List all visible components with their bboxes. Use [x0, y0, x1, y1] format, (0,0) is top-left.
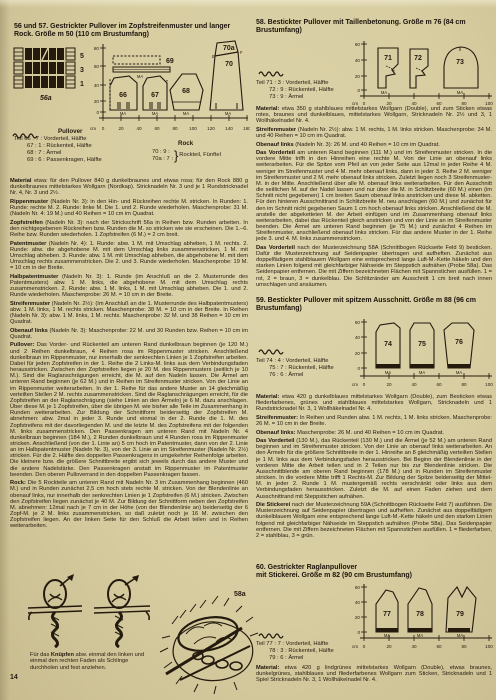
paragraph-text: Maschenprobe: 26 M. und 40 Reihen = 10 c…	[296, 430, 444, 436]
paragraph-text: etwa 350 g stahlblaues mittelstarkes Wol…	[256, 106, 492, 124]
page-number: 14	[10, 674, 18, 681]
paragraph-halbpatentmuster: Halbpatentmuster (Nadeln Nr. 3): 1. Rund…	[10, 274, 248, 299]
piece-75-back: 75 MA	[410, 323, 434, 375]
chart-row-label-5: 5	[80, 53, 84, 60]
svg-text:MA: MA	[225, 111, 231, 116]
svg-text:75: 75	[418, 341, 426, 348]
svg-text:74: 74	[384, 341, 392, 348]
paragraph-lead: Obenauf links	[256, 142, 294, 148]
rock-parts-group: 70 : 9 : 70a : 7 : } Rockteil, Fünftel	[152, 149, 221, 162]
paragraph-text: (Nadeln Nr. 4): 1. Runde: abw. 1 M. mit …	[10, 241, 248, 272]
y-tick: 20	[355, 351, 361, 356]
part-row: Teil 71 : 3 : Vorderteil, Hälfte	[256, 80, 334, 87]
svg-text:F: F	[240, 50, 243, 55]
part-row: Teil 74 : 4 : Vorderteil, Hälfte	[256, 358, 334, 365]
paragraph-text: etwa: für den Pullover 840 g dunkelbraun…	[10, 178, 248, 196]
paragraph-lead: Material:	[256, 394, 279, 400]
x-tick: 80	[461, 644, 467, 649]
paragraph-lead: Streifenmuster:	[256, 415, 298, 421]
piece-70-skirt-panel: 70a 70 E F MA	[210, 41, 243, 116]
piece-67-back: 67 MA	[143, 76, 167, 116]
svg-text:MA: MA	[417, 633, 423, 638]
parts-list-56-57: Pullover Teil 66 : 7 : Vorderteil, Hälft…	[10, 128, 250, 176]
piece-79-sleeve: 79 MA	[446, 587, 476, 638]
x-tick: 20	[386, 644, 392, 649]
paragraph-vorderteil: Das Vorderteil am unteren Rand beginnen …	[256, 150, 492, 242]
svg-text:MA: MA	[457, 90, 463, 95]
paragraph-obenauf-links: Obenauf links: Maschenprobe: 26 M. und 4…	[256, 430, 492, 436]
svg-text:MA: MA	[419, 370, 425, 375]
svg-text:MA: MA	[152, 111, 158, 116]
part-row: Teil 66 : 7 : Vorderteil, Hälfte	[14, 136, 102, 143]
paragraph-lead: Rippenmuster	[10, 199, 48, 205]
paragraph-material: Material etwa: für den Pullover 840 g du…	[10, 178, 248, 196]
piece-77-front: 77 MA	[376, 590, 398, 638]
paragraph-lead: Das Vorderteil	[256, 438, 294, 444]
part-row: 70 : 9 :	[152, 149, 173, 156]
parts-list-58: Teil 71 : 3 : Vorderteil, Hälfte 72 : 9 …	[256, 80, 334, 101]
pattern-diagram-59: 60 40 20 0 cm 0 20 40 60 80 100 74 MA 75…	[352, 316, 494, 388]
piece-72-back: 72	[410, 49, 428, 88]
paragraph-streifenmuster: Streifenmuster (Nadeln Nr. 2½): abw. 1 M…	[256, 127, 492, 139]
part-row: 69 : 6 : Passenkragen, Hälfte	[14, 157, 102, 164]
svg-text:78: 78	[416, 611, 424, 618]
yarn-squiggle-icon	[258, 70, 286, 78]
svg-text:72: 72	[414, 55, 422, 62]
section-60-instructions: Material: etwa 420 g lindgrünes mittelst…	[256, 665, 492, 686]
paragraph-text: Das Vorder- und Rückenteil am unteren Ra…	[10, 342, 248, 477]
paragraph-text: etwa 420 g lindgrünes mittelstarkes Woll…	[256, 665, 492, 683]
y-tick: 40	[355, 600, 361, 605]
axis-unit-label: cm	[352, 644, 358, 649]
svg-text:67: 67	[151, 92, 159, 99]
svg-text:MA: MA	[381, 90, 387, 95]
svg-text:77: 77	[383, 611, 391, 618]
x-tick: 40	[411, 382, 417, 387]
rock-part-name: Rockteil, Fünftel	[179, 152, 221, 159]
y-tick-60: 60	[94, 64, 100, 69]
part-row: 67 : 1 : Rückenteil, Hälfte	[14, 143, 102, 150]
piece-69-yoke-collar: 69 MA	[113, 56, 174, 79]
svg-text:MA: MA	[385, 370, 391, 375]
section-60-heading: 60. Gestrickter Raglanpullover mit Stick…	[256, 564, 486, 581]
paragraph-stickerei: Die Stickerei nach der Musterzeichnung 5…	[256, 502, 492, 539]
part-row: 76 : 6 : Ärmel	[256, 372, 334, 379]
axis-unit-label: cm	[352, 382, 358, 387]
svg-text:MA: MA	[457, 633, 463, 638]
svg-text:76: 76	[455, 339, 463, 346]
svg-text:MA: MA	[137, 74, 143, 79]
paragraph-lead: Rock:	[10, 480, 26, 486]
section-58-heading: 58. Bestickter Pullover mit Taillenbeton…	[256, 19, 490, 36]
paragraph-lead: Pullover:	[10, 342, 34, 348]
rock-parts-title: Rock	[178, 140, 193, 147]
paragraph-zopfstreifen: Zopfstreifen (Nadeln Nr. 3): nach der St…	[10, 220, 248, 238]
paragraph-streifenmuster: Streifenmuster (Nadeln Nr. 2½): (Im Ansc…	[10, 301, 248, 326]
svg-text:73: 73	[456, 59, 464, 66]
chart-caption: 56a	[40, 95, 52, 102]
paragraph-obenauf-links: Obenauf links (Nadeln Nr. 3): Maschenpro…	[10, 328, 248, 340]
paragraph-lead: Die Stickerei	[256, 502, 290, 508]
paragraph-text: am unteren Rand beginnen (111 M.) und im…	[256, 150, 492, 242]
pattern-diagram-56-57: 80 60 40 20 0 cm 0 20 40 60 80 100 120 1…	[88, 40, 250, 136]
section-59-heading: 59. Bestickter Pullover mit spitzem Auss…	[256, 297, 490, 314]
caption-bold: Knüpfen	[51, 652, 74, 658]
piece-74-front: 74 MA	[376, 323, 400, 375]
paragraph-lead: Streifenmuster	[256, 127, 296, 133]
knotting-illustration	[26, 572, 154, 648]
piece-78-back: 78 MA	[408, 588, 432, 638]
paragraph-text: (Nadeln Nr. 3): nach der Strickschrift 5…	[10, 220, 248, 238]
chart-row-label-3: 3	[80, 67, 84, 74]
paragraph-text: (130 M.), das Rückenteil (130 M.) und di…	[256, 438, 492, 499]
axis-ticks	[361, 587, 489, 641]
svg-text:MA: MA	[183, 111, 189, 116]
section-58-instructions: Material: etwa 350 g stahlblaues mittels…	[256, 106, 492, 290]
part-row: 70a : 7 :	[152, 156, 173, 163]
caption-text: Für das	[30, 652, 51, 658]
y-tick-0: 0	[96, 110, 99, 115]
knitting-chart-56a: 5 3 1 56a	[12, 46, 92, 104]
chart-row-middle	[14, 62, 75, 74]
svg-text:79: 79	[456, 611, 464, 618]
y-tick: 20	[355, 615, 361, 620]
piece-73-sleeve: 73 MA	[444, 47, 478, 95]
parts-list-59: Teil 74 : 4 : Vorderteil, Hälfte 75 : 7 …	[256, 358, 334, 379]
paragraph-obenauf-links: Obenauf links (Nadeln Nr. 3): 26 M. und …	[256, 142, 492, 148]
chart-row-bottom	[14, 76, 75, 88]
paragraph-patentmuster: Patentmuster (Nadeln Nr. 4): 1. Runde: a…	[10, 241, 248, 272]
piece-71-front: 71 MA	[378, 48, 398, 95]
paragraph-vorderteil: Das Vorderteil (130 M.), das Rückenteil …	[256, 438, 492, 500]
paragraph-lead: Obenauf links	[10, 328, 48, 334]
y-tick: 40	[355, 335, 361, 340]
heading-line: mit Stickerei. Größe m 82 (90 cm Brustum…	[256, 572, 486, 580]
left-column-instructions: Material etwa: für den Pullover 840 g du…	[10, 178, 248, 532]
paragraph-rock: Rock: Die 5 Rockteile am unteren Rand mi…	[10, 480, 248, 529]
part-row: 73 : 9 : Ärmel	[256, 94, 334, 101]
y-tick: 60	[355, 585, 361, 590]
paragraph-lead: Zopfstreifen	[10, 220, 43, 226]
brace-glyph: }	[174, 149, 178, 162]
part-row: Teil 77 : 7 : Vorderteil, Hälfte	[256, 641, 334, 648]
page-left-shadow	[0, 0, 10, 700]
svg-text:68: 68	[182, 88, 190, 95]
pullover-parts-title: Pullover	[58, 128, 82, 135]
paragraph-text: nach der Musterzeichnung 58A (Schnittbog…	[256, 245, 492, 288]
x-tick: 40	[411, 644, 417, 649]
paragraph-text: Die 5 Rockteile am unteren Rand mit Nade…	[10, 480, 248, 529]
section-59-instructions: Material: etwa 420 g dunkelblaues mittel…	[256, 394, 492, 541]
paragraph-text: etwa 420 g dunkelblaues mittelstarkes Wo…	[256, 394, 492, 412]
paragraph-lead: Halbpatentmuster	[10, 274, 58, 280]
paragraph-streifenmuster: Streifenmuster: In Reihen und Runden abw…	[256, 415, 492, 427]
piece-68-sleeve: 68 MA	[170, 74, 203, 116]
paragraph-text: (Nadeln Nr. 3): 26 M. und 40 Reihen = 10…	[294, 142, 440, 148]
paragraph-lead: Das Vorderteil	[256, 245, 295, 251]
x-tick: 80	[461, 382, 467, 387]
x-tick: 0	[363, 382, 366, 387]
x-tick: 60	[436, 644, 442, 649]
heading-line: 60. Gestrickter Raglanpullover	[256, 564, 486, 572]
svg-text:E: E	[212, 54, 215, 59]
part-row: 72 : 9 : Rückenteil, Hälfte	[256, 87, 334, 94]
paragraph-lead: Obenauf links:	[256, 430, 296, 436]
paragraph-lead: Patentmuster	[10, 241, 46, 247]
svg-text:66: 66	[119, 92, 127, 99]
paragraph-material: Material: etwa 420 g dunkelblaues mittel…	[256, 394, 492, 412]
y-tick: 20	[355, 74, 361, 79]
y-tick: 0	[357, 366, 360, 371]
svg-text:71: 71	[384, 55, 392, 62]
y-tick-20: 20	[94, 99, 100, 104]
y-tick: 0	[357, 630, 360, 635]
svg-text:MA: MA	[384, 633, 390, 638]
x-tick: 60	[436, 382, 442, 387]
paragraph-material: Material: etwa 350 g stahlblaues mittels…	[256, 106, 492, 124]
knot-left-drawing	[28, 574, 82, 647]
sketch-label: 58a	[234, 591, 246, 598]
paragraph-pullover: Pullover: Das Vorder- und Rückenteil am …	[10, 342, 248, 477]
svg-text:70: 70	[225, 61, 233, 68]
section-56-heading: 56 und 57. Gestrickter Pullover im Zopfs…	[14, 23, 244, 40]
x-tick: 100	[485, 382, 493, 387]
y-tick-40: 40	[94, 83, 100, 88]
y-tick: 60	[355, 42, 361, 47]
paragraph-lead: Das Vorderteil	[256, 150, 295, 156]
part-row: 68 : 7 : Ärmel	[14, 150, 102, 157]
paragraph-stickerei: Das Vorderteil nach der Musterzeichnung …	[256, 245, 492, 288]
y-tick: 60	[355, 320, 361, 325]
x-tick: 0	[363, 644, 366, 649]
paragraph-material: Material: etwa 420 g lindgrünes mittelst…	[256, 665, 492, 683]
svg-text:69: 69	[166, 58, 174, 65]
parts-list-60: Teil 77 : 7 : Vorderteil, Hälfte 78 : 3 …	[256, 641, 334, 662]
paragraph-lead: Material:	[256, 665, 279, 671]
x-tick: 20	[386, 382, 392, 387]
embroidery-sample-sketch-58a: 58a	[146, 584, 262, 696]
yarn-squiggle-icon	[258, 348, 286, 356]
chart-row-label-1: 1	[80, 81, 84, 88]
part-row: 75 : 7 : Rückenteil, Hälfte	[256, 365, 334, 372]
part-row: 78 : 3 : Rückenteil, Hälfte	[256, 648, 334, 655]
svg-text:MA: MA	[120, 111, 126, 116]
piece-76-sleeve: 76 MA	[444, 323, 474, 375]
svg-text:70a: 70a	[223, 45, 235, 52]
svg-text:MA: MA	[456, 370, 462, 375]
y-tick: 0	[357, 88, 360, 93]
piece-66-front: 66 MA	[110, 76, 137, 116]
yarn-squiggle-icon	[258, 632, 286, 640]
knot-right-drawing	[94, 575, 150, 647]
paragraph-lead: Streifenmuster	[10, 301, 50, 307]
pattern-diagram-58: 60 40 20 0 cm 0 20 40 60 80 100 71 MA 72…	[352, 38, 494, 106]
x-tick: 100	[485, 644, 493, 649]
part-row: 79 : 6 : Ärmel	[256, 655, 334, 662]
page-top-highlight	[0, 0, 496, 8]
knot-caption: Für das Knüpfen abw. einmal den linken u…	[30, 652, 146, 671]
paragraph-text: nach der Musterzeichnung 59A (Schnittbog…	[256, 502, 492, 539]
chart-row-top	[14, 48, 75, 60]
pattern-diagram-60: 60 40 20 0 cm 0 20 40 60 80 100 77 MA 78…	[352, 582, 494, 656]
y-tick: 40	[355, 58, 361, 63]
paragraph-lead: Material	[10, 178, 32, 184]
y-tick-80: 80	[94, 46, 100, 51]
paragraph-rippenmuster: Rippenmuster (Nadeln Nr. 3): in den Hin-…	[10, 199, 248, 217]
